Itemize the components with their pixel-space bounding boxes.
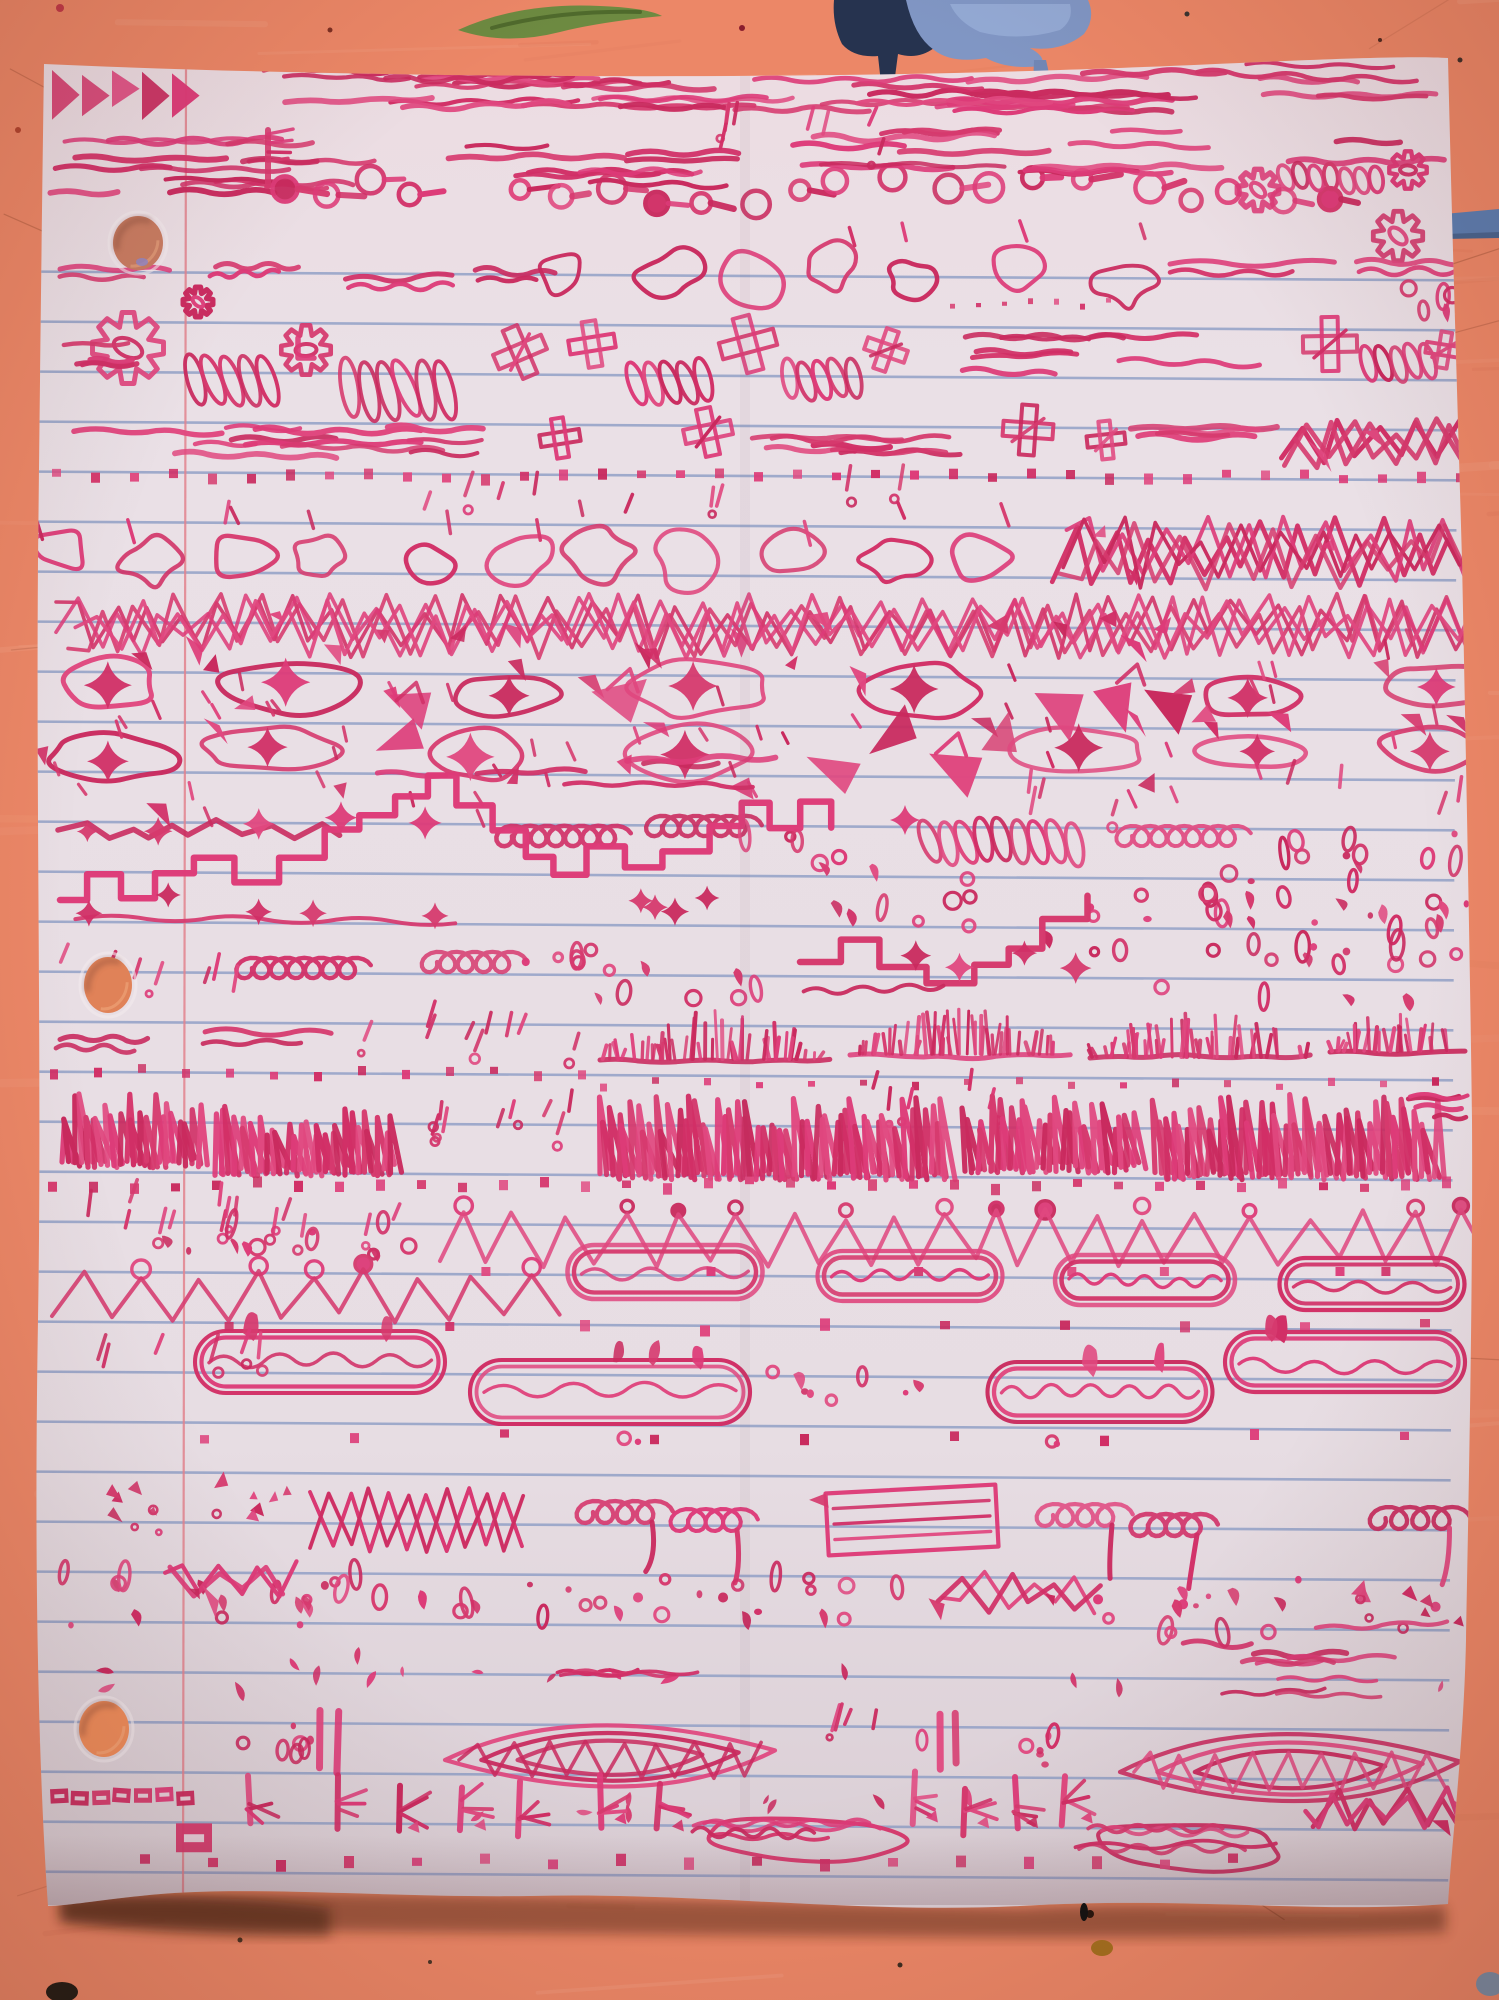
photo-of-doodled-notebook-page	[0, 0, 1499, 2000]
photo-vignette	[0, 0, 1499, 2000]
doodle-page-artwork	[0, 0, 1499, 2000]
